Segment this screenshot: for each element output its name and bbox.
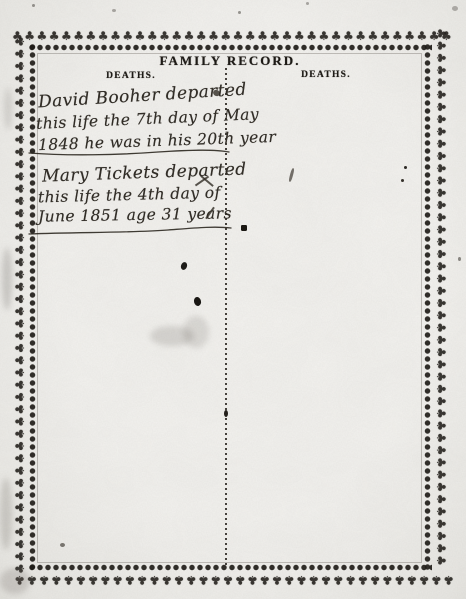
edge-smudge	[4, 88, 12, 130]
ink-speck	[112, 9, 116, 12]
ink-speck	[452, 6, 458, 11]
scanned-document-page: ♣♣♣♣♣♣♣♣♣♣♣♣♣♣♣♣♣♣♣♣♣♣♣♣♣♣♣♣♣♣♣♣♣♣♣♣ ♣♣♣…	[0, 0, 466, 599]
ink-speck	[32, 4, 35, 7]
pen-rule	[28, 145, 230, 159]
column-header-deaths-right: DEATHS.	[228, 70, 424, 80]
bead-border-top	[28, 43, 432, 52]
edge-smudge	[0, 478, 12, 550]
ink-speck	[238, 11, 241, 14]
border-ornament-bottom: ♣♣♣♣♣♣♣♣♣♣♣♣♣♣♣♣♣♣♣♣♣♣♣♣♣♣♣♣♣♣♣♣♣♣♣♣	[12, 573, 454, 587]
page-title: FAMILY RECORD.	[36, 53, 424, 69]
border-ornament-top: ♣♣♣♣♣♣♣♣♣♣♣♣♣♣♣♣♣♣♣♣♣♣♣♣♣♣♣♣♣♣♣♣♣♣♣♣	[12, 29, 454, 43]
border-ornament-right: ♣♣♣♣♣♣♣♣♣♣♣♣♣♣♣♣♣♣♣♣♣♣♣♣♣♣♣♣♣♣♣♣♣♣♣♣♣♣♣♣…	[434, 28, 448, 574]
bead-border-bottom	[28, 563, 432, 572]
ink-speck	[458, 257, 461, 261]
border-ornament-left: ♣♣♣♣♣♣♣♣♣♣♣♣♣♣♣♣♣♣♣♣♣♣♣♣♣♣♣♣♣♣♣♣♣♣♣♣♣♣♣♣…	[13, 28, 27, 574]
pen-rule	[28, 222, 232, 238]
edge-smudge	[2, 248, 12, 310]
bead-border-right	[423, 43, 432, 572]
column-header-deaths-left: DEATHS.	[36, 71, 226, 81]
ink-speck	[306, 2, 309, 5]
